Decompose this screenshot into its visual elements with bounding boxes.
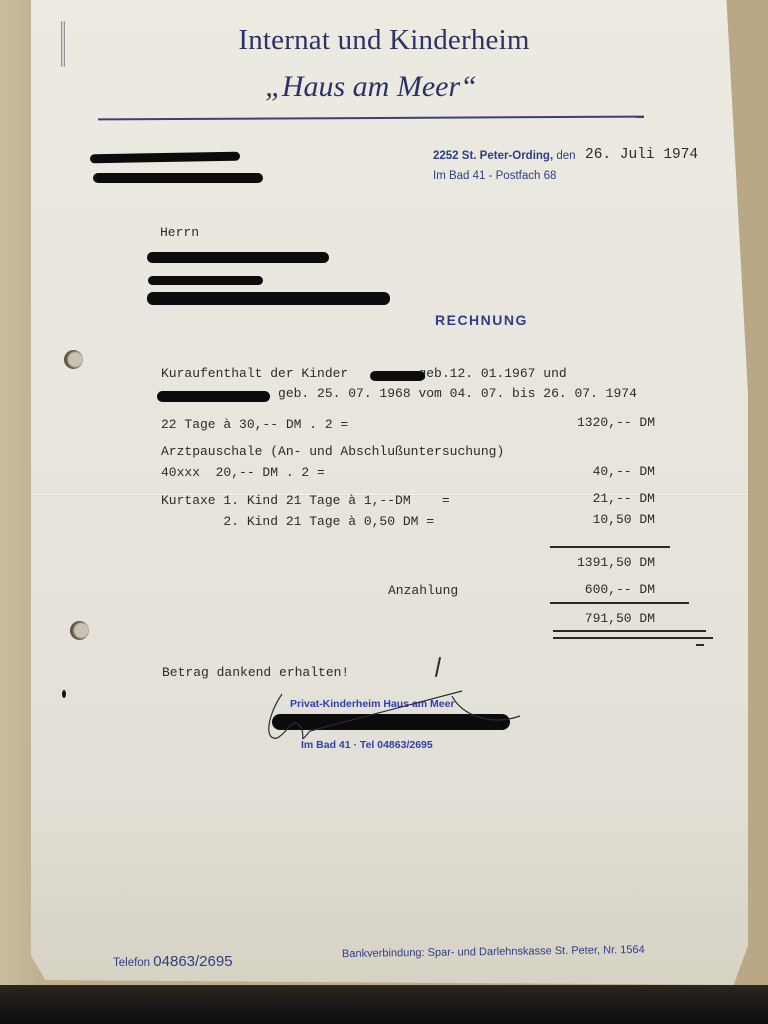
letter-date: 26. Juli 1974 bbox=[585, 147, 698, 163]
receipt-note: Betrag dankend erhalten! bbox=[162, 665, 349, 680]
total-rule bbox=[550, 602, 689, 604]
redacted-sender-line bbox=[93, 173, 263, 183]
subtotal-rule bbox=[550, 546, 670, 548]
deposit-amount: 600,-- DM bbox=[535, 582, 655, 597]
item-amount: 21,-- DM bbox=[535, 491, 655, 506]
document-title: RECHNUNG bbox=[435, 312, 528, 328]
footer-phone-label: Telefon bbox=[113, 957, 150, 969]
sender-address: 2252 St. Peter-Ording, den Im Bad 41 - P… bbox=[433, 146, 576, 186]
item-amount: 1320,-- DM bbox=[535, 415, 655, 430]
sender-street: Im Bad 41 - Postfach 68 bbox=[433, 166, 576, 186]
item-amount: 10,50 DM bbox=[535, 512, 655, 527]
redacted-recipient-line bbox=[147, 252, 329, 263]
footer-phone-number: 04863/2695 bbox=[153, 953, 232, 970]
handwritten-signature bbox=[262, 686, 522, 756]
ink-mark bbox=[696, 644, 704, 646]
redacted-recipient-line bbox=[148, 276, 263, 285]
total-amount: 791,50 DM bbox=[535, 611, 655, 626]
sender-city: 2252 St. Peter-Ording, bbox=[433, 150, 553, 162]
sender-city-suffix: den bbox=[553, 150, 575, 162]
stay-line-1: Kuraufenthalt der Kinder , geb.12. 01.19… bbox=[161, 366, 567, 381]
ink-speck bbox=[62, 690, 66, 698]
dark-edge bbox=[0, 985, 768, 1024]
letterhead-title: Internat und Kinderheim bbox=[0, 24, 768, 57]
punch-hole-icon bbox=[64, 350, 83, 369]
item-label: Arztpauschale (An- und Abschlußuntersuch… bbox=[161, 444, 504, 459]
subtotal-amount: 1391,50 DM bbox=[535, 555, 655, 570]
footer-phone: Telefon 04863/2695 bbox=[113, 953, 233, 970]
item-amount: 40,-- DM bbox=[535, 464, 655, 479]
item-label: 2. Kind 21 Tage à 0,50 DM = bbox=[161, 514, 434, 529]
redacted-child-name bbox=[370, 371, 425, 381]
total-double-rule bbox=[553, 630, 706, 632]
redacted-child-name bbox=[157, 391, 270, 402]
item-label: Kurtaxe 1. Kind 21 Tage à 1,--DM = bbox=[161, 493, 450, 508]
redacted-recipient-line bbox=[147, 292, 390, 305]
recipient-salutation: Herrn bbox=[160, 225, 199, 240]
letterhead-subtitle: „Haus am Meer“ bbox=[0, 70, 742, 104]
deposit-label: Anzahlung bbox=[388, 583, 458, 598]
item-label: 22 Tage à 30,-- DM . 2 = bbox=[161, 417, 348, 432]
punch-hole-icon bbox=[70, 621, 89, 640]
total-double-rule bbox=[553, 637, 713, 639]
item-label: 40xxx 20,-- DM . 2 = bbox=[161, 465, 325, 480]
